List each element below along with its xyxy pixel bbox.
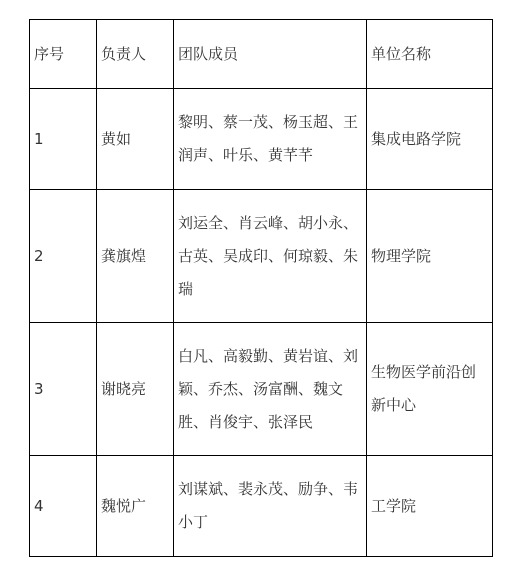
cell-unit: 物理学院 [367, 190, 493, 323]
header-cell-leader: 负责人 [97, 20, 174, 89]
cell-no: 3 [30, 323, 97, 456]
cell-leader: 黄如 [97, 89, 174, 190]
table-row: 1 黄如 黎明、蔡一茂、杨玉超、王润声、叶乐、黄芊芊 集成电路学院 [30, 89, 493, 190]
table-row: 3 谢晓亮 白凡、高毅勤、黄岩谊、刘颖、乔杰、汤富酬、魏文胜、肖俊宇、张泽民 生… [30, 323, 493, 456]
table-row: 4 魏悦广 刘谋斌、裴永茂、励争、韦小丁 工学院 [30, 456, 493, 557]
cell-leader: 谢晓亮 [97, 323, 174, 456]
cell-unit: 工学院 [367, 456, 493, 557]
cell-unit: 集成电路学院 [367, 89, 493, 190]
cell-leader: 魏悦广 [97, 456, 174, 557]
cell-no: 4 [30, 456, 97, 557]
header-cell-members: 团队成员 [174, 20, 367, 89]
table-header-row: 序号 负责人 团队成员 单位名称 [30, 20, 493, 89]
cell-members: 刘谋斌、裴永茂、励争、韦小丁 [174, 456, 367, 557]
table-row: 2 龚旗煌 刘运全、肖云峰、胡小永、古英、吴成印、何琼毅、朱瑞 物理学院 [30, 190, 493, 323]
cell-members: 黎明、蔡一茂、杨玉超、王润声、叶乐、黄芊芊 [174, 89, 367, 190]
cell-members: 白凡、高毅勤、黄岩谊、刘颖、乔杰、汤富酬、魏文胜、肖俊宇、张泽民 [174, 323, 367, 456]
cell-unit: 生物医学前沿创新中心 [367, 323, 493, 456]
team-table: 序号 负责人 团队成员 单位名称 1 黄如 黎明、蔡一茂、杨玉超、王润声、叶乐、… [29, 19, 493, 557]
cell-no: 1 [30, 89, 97, 190]
cell-members: 刘运全、肖云峰、胡小永、古英、吴成印、何琼毅、朱瑞 [174, 190, 367, 323]
cell-leader: 龚旗煌 [97, 190, 174, 323]
header-cell-no: 序号 [30, 20, 97, 89]
header-cell-unit: 单位名称 [367, 20, 493, 89]
cell-no: 2 [30, 190, 97, 323]
